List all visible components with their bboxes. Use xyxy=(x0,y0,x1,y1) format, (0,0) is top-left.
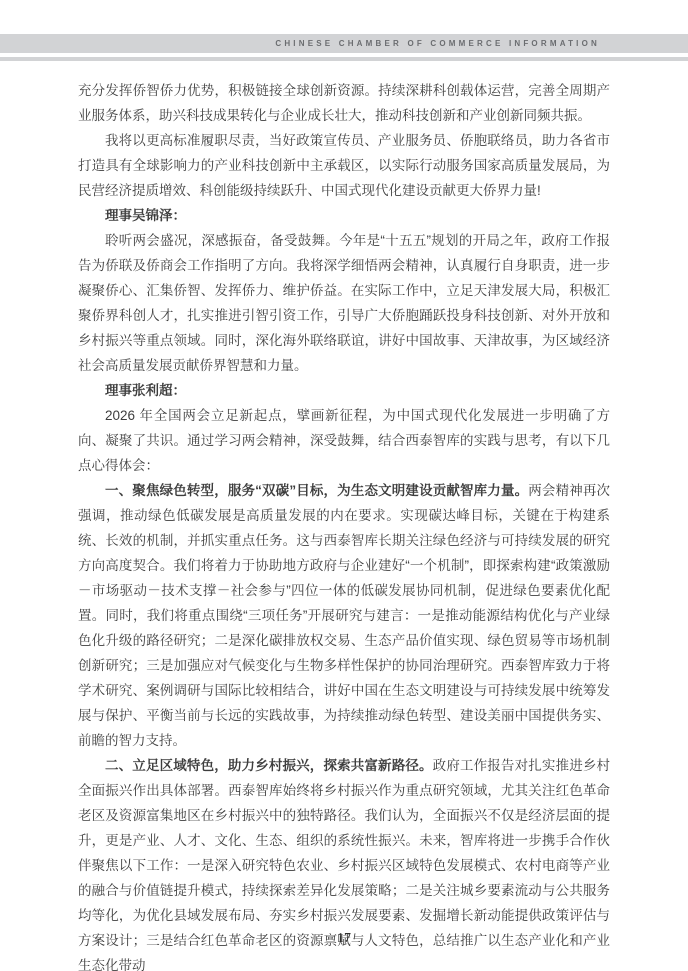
masthead-title: CHINESE CHAMBER OF COMMERCE INFORMATION xyxy=(275,39,600,48)
masthead-rule xyxy=(0,57,688,61)
paragraph: 我将以更高标准履职尽责，当好政策宣传员、产业服务员、侨胞联络员，助力各省市打造具… xyxy=(78,128,610,203)
section-1-lead: 一、聚焦绿色转型，服务“双碳”目标，为生态文明建设贡献智库力量。 xyxy=(105,483,528,498)
page-number: 17 xyxy=(0,931,688,947)
masthead-bar: CHINESE CHAMBER OF COMMERCE INFORMATION xyxy=(0,34,688,53)
speaker-heading-wu-jinze: 理事吴锦泽： xyxy=(78,203,610,228)
paragraph-continuation: 充分发挥侨智侨力优势，积极链接全球创新资源。持续深耕科创载体运营，完善全周期产业… xyxy=(78,78,610,128)
paragraph: 聆听两会盛况，深感振奋，备受鼓舞。今年是“十五五”规划的开局之年，政府工作报告为… xyxy=(78,228,610,378)
paragraph: 2026 年全国两会立足新起点，擘画新征程，为中国式现代化发展进一步明确了方向、… xyxy=(78,403,610,478)
section-2-lead: 二、立足区域特色，助力乡村振兴，探索共富新路径。 xyxy=(105,758,433,773)
speaker-heading-zhang-lichao: 理事张利超： xyxy=(78,378,610,403)
article-body: 充分发挥侨智侨力优势，积极链接全球创新资源。持续深耕科创载体运营，完善全周期产业… xyxy=(78,78,610,971)
section-1-text: 两会精神再次强调，推动绿色低碳发展是高质量发展的内在要求。实现碳达峰目标，关键在… xyxy=(78,483,610,748)
section-paragraph-1: 一、聚焦绿色转型，服务“双碳”目标，为生态文明建设贡献智库力量。两会精神再次强调… xyxy=(78,478,610,753)
